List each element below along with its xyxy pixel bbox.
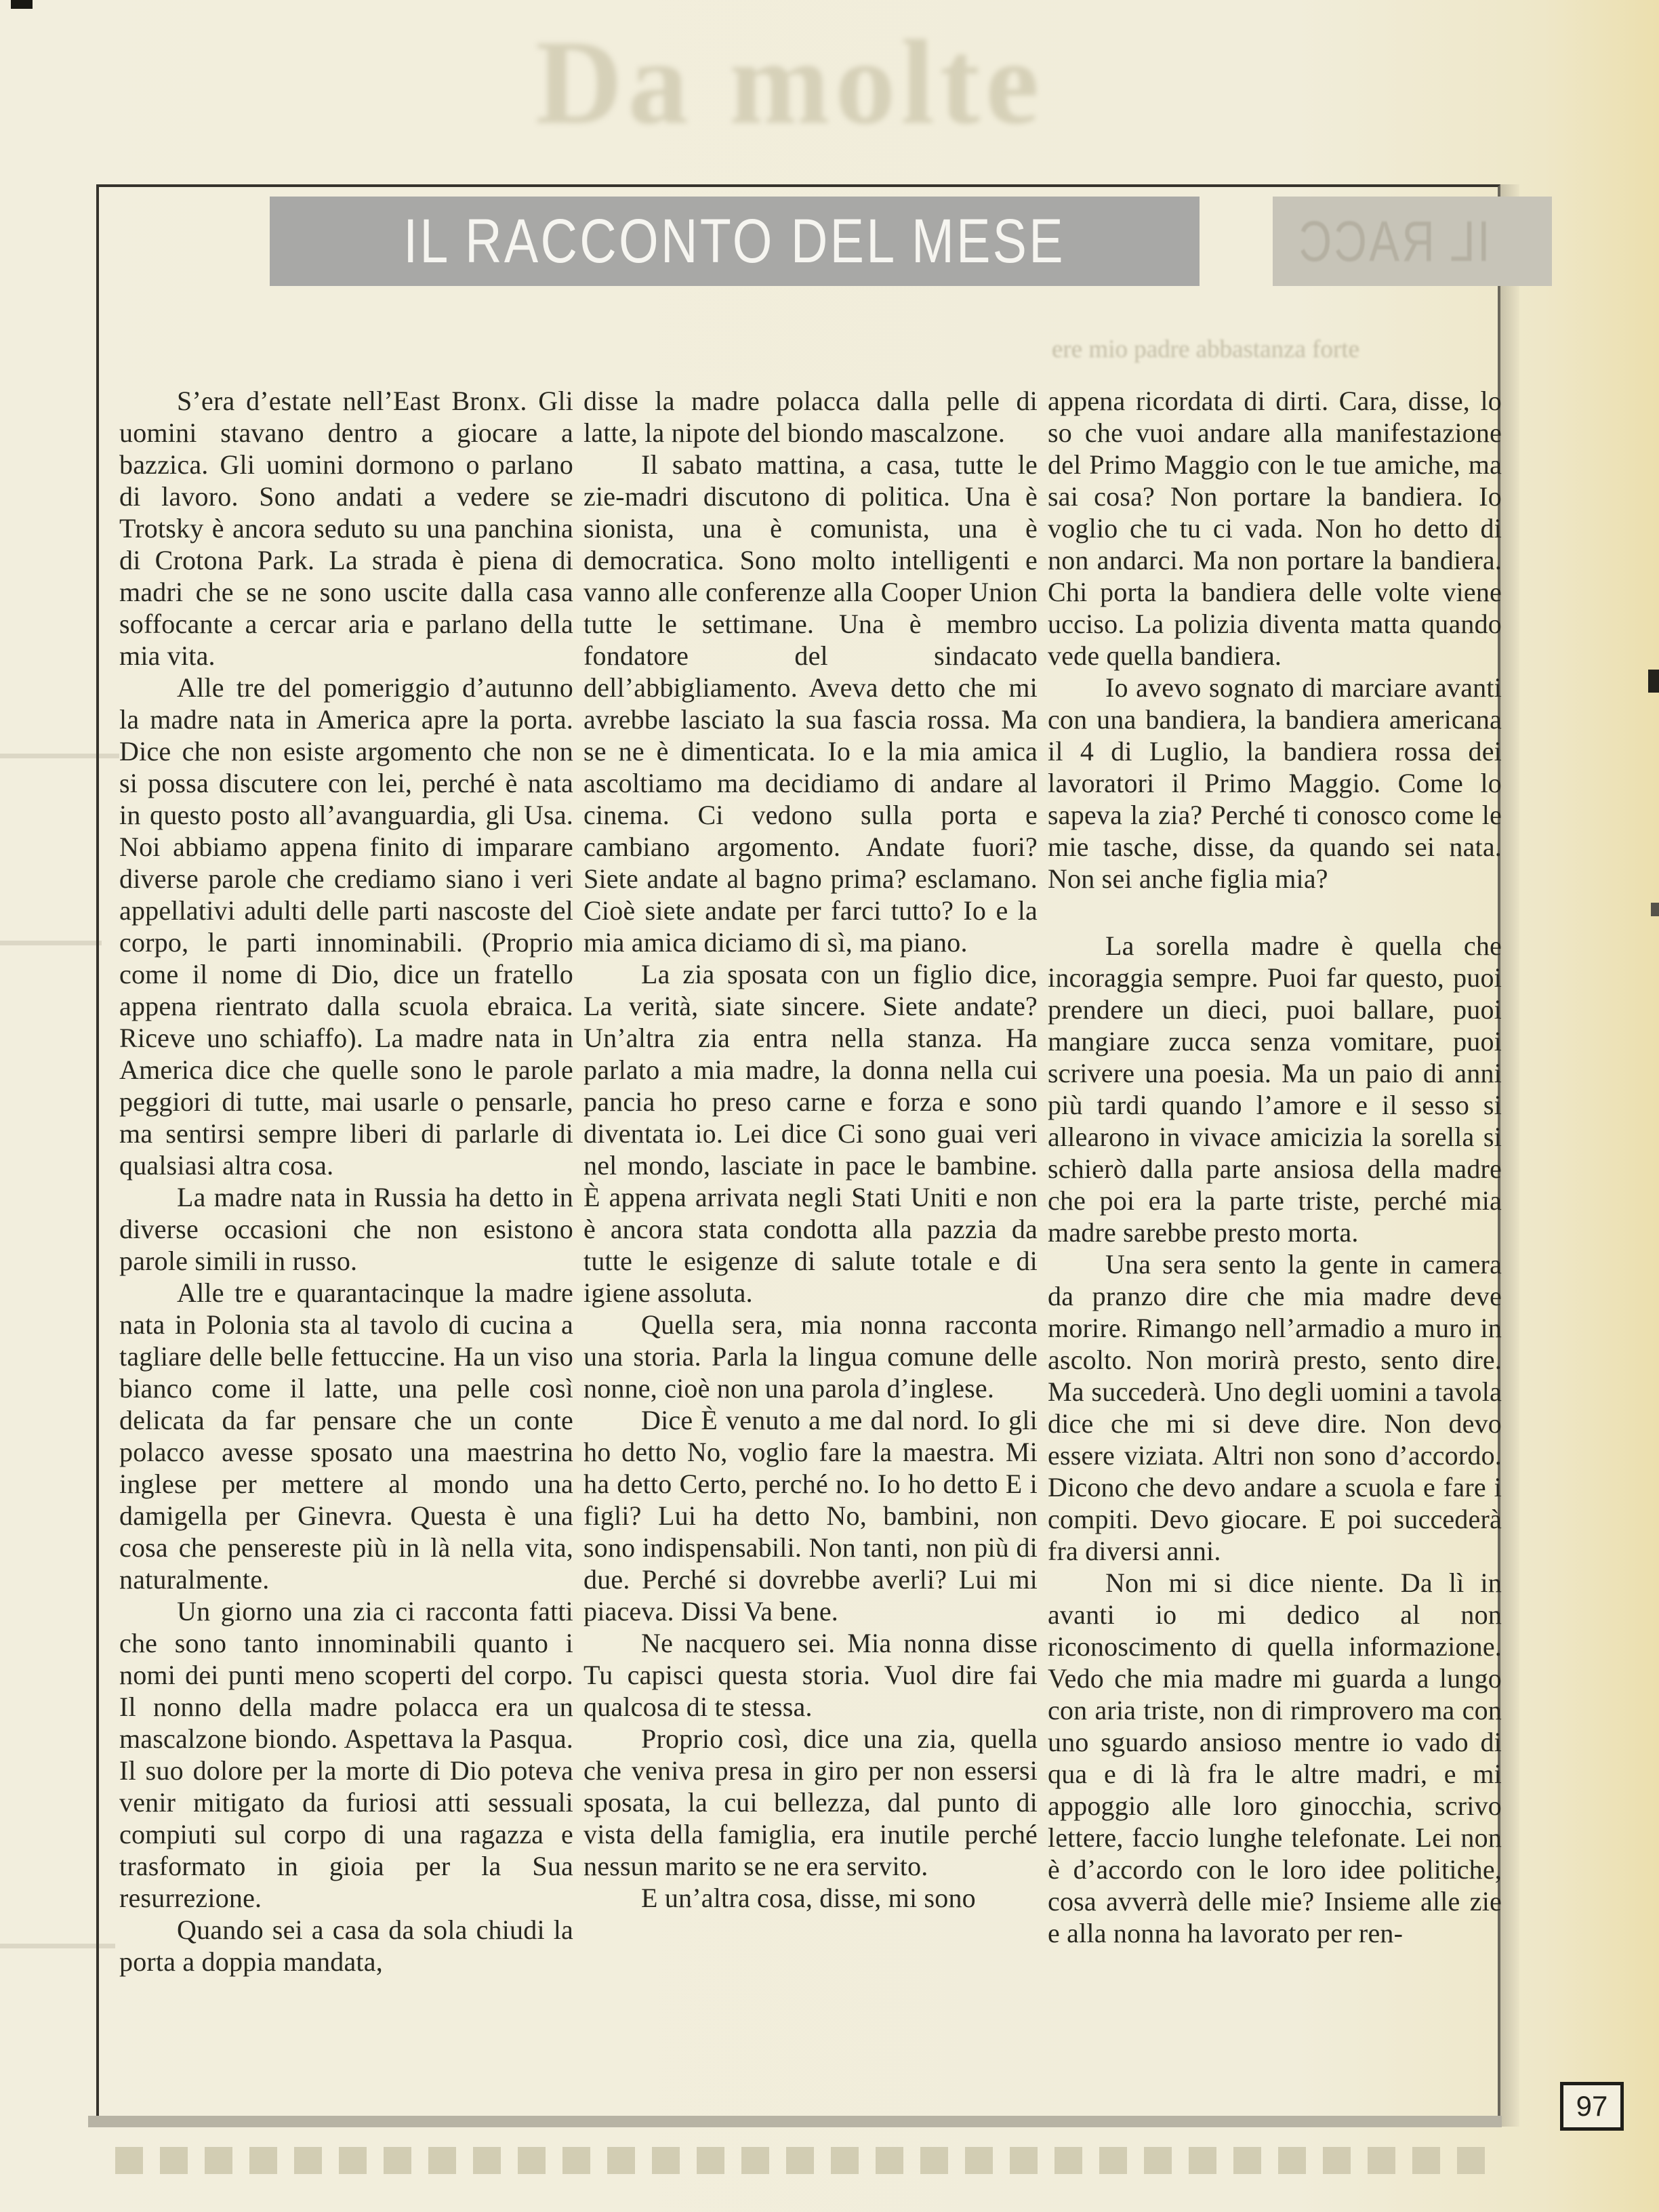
scan-streak [0, 941, 102, 945]
story-paragraph: Quando sei a casa da sola chiudi la port… [119, 1914, 573, 1978]
bleedthrough-dash-row [115, 2147, 1502, 2174]
bleedthrough-dash [1233, 2147, 1261, 2174]
bleedthrough-dash [1278, 2147, 1306, 2174]
bleedthrough-dash [1189, 2147, 1216, 2174]
bleedthrough-dash [965, 2147, 993, 2174]
bleedthrough-dash [1457, 2147, 1485, 2174]
story-paragraph: La zia sposata con un figlio dice, La ve… [583, 958, 1038, 1309]
bleedthrough-title-fragment: IL RACC [1297, 209, 1490, 274]
magazine-page-scan: Da molte ere mio padre abbastanza forte … [0, 0, 1659, 2212]
bleedthrough-dash [697, 2147, 724, 2174]
bleedthrough-dash [1144, 2147, 1172, 2174]
bleedthrough-dash [562, 2147, 590, 2174]
bleedthrough-dash [205, 2147, 232, 2174]
bleedthrough-dash [249, 2147, 277, 2174]
bleedthrough-dash [1054, 2147, 1082, 2174]
bleedthrough-dash [607, 2147, 635, 2174]
story-paragraph: Il sabato mattina, a casa, tutte le zie-… [583, 449, 1038, 958]
story-paragraph: Ne nacquero sei. Mia nonna disse Tu capi… [583, 1627, 1038, 1723]
bleedthrough-dash [160, 2147, 188, 2174]
section-title-band: IL RACCONTO DEL MESE [270, 197, 1200, 286]
text-column-2: disse la madre polacca dalla pelle di la… [583, 385, 1038, 2117]
story-paragraph: Dice È venuto a me dal nord. Io gli ho d… [583, 1404, 1038, 1627]
page-number: 97 [1576, 2090, 1608, 2123]
section-title: IL RACCONTO DEL MESE [404, 206, 1066, 277]
bleedthrough-dash [518, 2147, 546, 2174]
bleedthrough-dash [428, 2147, 456, 2174]
story-paragraph: Io avevo sognato di marciare avanti con … [1048, 672, 1502, 895]
bleedthrough-dash [920, 2147, 948, 2174]
scan-edge-mark [1648, 670, 1659, 693]
bleedthrough-dash [1010, 2147, 1038, 2174]
bleedthrough-dash [339, 2147, 367, 2174]
scan-edge-mark [1651, 903, 1659, 916]
bleedthrough-dash [384, 2147, 411, 2174]
bleedthrough-dash [294, 2147, 322, 2174]
story-paragraph: Alle tre e quarantacinque la madre nata … [119, 1277, 573, 1595]
story-paragraph: Proprio così, dice una zia, quella che v… [583, 1723, 1038, 1882]
story-paragraph: Non mi si dice niente. Da lì in avanti i… [1048, 1567, 1502, 1949]
bleedthrough-dash [831, 2147, 859, 2174]
story-paragraph: Alle tre del pomeriggio d’autunno la mad… [119, 672, 573, 1181]
bleedthrough-dash [473, 2147, 501, 2174]
bleedthrough-dash [1412, 2147, 1440, 2174]
page-edge-shadow [1500, 184, 1519, 2127]
bleedthrough-dash [1368, 2147, 1395, 2174]
story-paragraph: Quella sera, mia nonna racconta una stor… [583, 1309, 1038, 1404]
scan-corner-mark [11, 0, 33, 9]
bleedthrough-headline-text: Da molte [535, 12, 1416, 152]
text-column-3: appena ricordata di dirti. Cara, disse, … [1048, 385, 1502, 2117]
story-columns: S’era d’estate nell’East Bronx. Gli uomi… [119, 385, 1502, 2117]
story-paragraph: S’era d’estate nell’East Bronx. Gli uomi… [119, 385, 573, 672]
story-paragraph: Un giorno una zia ci racconta fatti che … [119, 1595, 573, 1914]
story-paragraph: appena ricordata di dirti. Cara, disse, … [1048, 385, 1502, 672]
bleedthrough-dash [1099, 2147, 1127, 2174]
story-paragraph: Una sera sento la gente in camera da pra… [1048, 1248, 1502, 1567]
bleedthrough-title-band: IL RACC [1273, 197, 1552, 286]
bleedthrough-dash [115, 2147, 143, 2174]
bleedthrough-dash [876, 2147, 903, 2174]
bleedthrough-dash [1323, 2147, 1351, 2174]
story-paragraph: La madre nata in Russia ha detto in dive… [119, 1181, 573, 1277]
bleedthrough-dash [786, 2147, 814, 2174]
bleedthrough-dash [741, 2147, 769, 2174]
page-number-box: 97 [1560, 2082, 1624, 2131]
frame-bottom-rule [88, 2116, 1502, 2127]
story-paragraph: disse la madre polacca dalla pelle di la… [583, 385, 1038, 449]
story-paragraph: E un’altra cosa, disse, mi sono [583, 1882, 1038, 1914]
text-column-1: S’era d’estate nell’East Bronx. Gli uomi… [119, 385, 573, 2117]
story-paragraph: La sorella madre è quella che incoraggia… [1048, 930, 1502, 1248]
bleedthrough-dash [652, 2147, 680, 2174]
